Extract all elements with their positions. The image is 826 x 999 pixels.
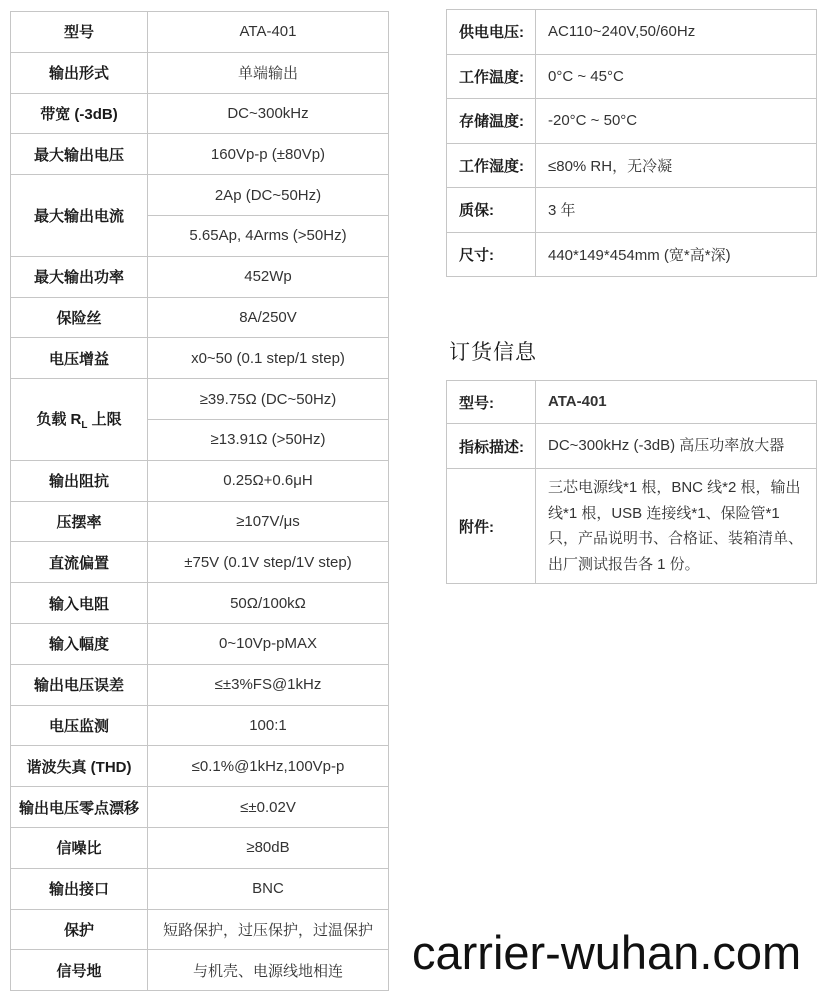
env-label-storage-temp: 存储温度:: [447, 99, 536, 144]
table-row: 最大输出电流 2Ap (DC~50Hz): [11, 175, 389, 216]
watermark: carrier-wuhan.com: [412, 925, 801, 980]
env-value-warranty: 3 年: [536, 188, 817, 233]
spec-label-voltage-gain: 电压增益: [11, 338, 148, 379]
spec-label-fuse: 保险丝: [11, 297, 148, 338]
env-label-warranty: 质保:: [447, 188, 536, 233]
order-value-description: DC~300kHz (-3dB) 高压功率放大器: [536, 424, 817, 469]
table-row: 尺寸: 440*149*454mm (宽*高*深): [447, 232, 817, 277]
table-row: 指标描述: DC~300kHz (-3dB) 高压功率放大器: [447, 424, 817, 469]
spec-label-output-impedance: 输出阻抗: [11, 460, 148, 501]
spec-label-snr: 信噪比: [11, 827, 148, 868]
spec-label-slew-rate: 压摆率: [11, 501, 148, 542]
table-row: 输出阻抗 0.25Ω+0.6μH: [11, 460, 389, 501]
table-row: 压摆率 ≥107V/μs: [11, 501, 389, 542]
order-label-model: 型号:: [447, 381, 536, 424]
spec-label-input-resistance: 输入电阻: [11, 583, 148, 624]
spec-value-zero-drift: ≤±0.02V: [148, 787, 389, 828]
table-row: 保护 短路保护，过压保护，过温保护: [11, 909, 389, 950]
order-info-title: 订货信息: [449, 336, 537, 366]
table-row: 输出接口 BNC: [11, 868, 389, 909]
env-value-supply-voltage: AC110~240V,50/60Hz: [536, 10, 817, 55]
spec-label-max-current: 最大输出电流: [11, 175, 148, 257]
order-value-model: ATA-401: [536, 381, 817, 424]
spec-value-output-form: 单端输出: [148, 52, 389, 93]
table-row: 负载 RL 上限 ≥39.75Ω (DC~50Hz): [11, 379, 389, 420]
spec-value-output-connector: BNC: [148, 868, 389, 909]
spec-label-thd: 谐波失真 (THD): [11, 746, 148, 787]
env-label-supply-voltage: 供电电压:: [447, 10, 536, 55]
spec-label-signal-ground: 信号地: [11, 950, 148, 991]
table-row: 输出电压误差 ≤±3%FS@1kHz: [11, 664, 389, 705]
spec-value-voltage-error: ≤±3%FS@1kHz: [148, 664, 389, 705]
table-row: 型号 ATA-401: [11, 12, 389, 53]
table-row: 供电电压: AC110~240V,50/60Hz: [447, 10, 817, 55]
spec-value-max-voltage: 160Vp-p (±80Vp): [148, 134, 389, 175]
table-row: 信号地 与机壳、电源线地相连: [11, 950, 389, 991]
spec-value-voltage-monitor: 100:1: [148, 705, 389, 746]
table-row: 输入电阻 50Ω/100kΩ: [11, 583, 389, 624]
table-row: 附件: 三芯电源线*1 根，BNC 线*2 根，输出线*1 根，USB 连接线*…: [447, 469, 817, 584]
env-label-operating-temp: 工作温度:: [447, 54, 536, 99]
env-label-dimensions: 尺寸:: [447, 232, 536, 277]
spec-label-voltage-error: 输出电压误差: [11, 664, 148, 705]
spec-label-dc-offset: 直流偏置: [11, 542, 148, 583]
table-row: 最大输出电压 160Vp-p (±80Vp): [11, 134, 389, 175]
spec-label-load-limit: 负载 RL 上限: [11, 379, 148, 461]
table-row: 最大输出功率 452Wp: [11, 256, 389, 297]
table-row: 质保: 3 年: [447, 188, 817, 233]
table-row: 存储温度: -20°C ~ 50°C: [447, 99, 817, 144]
table-row: 直流偏置 ±75V (0.1V step/1V step): [11, 542, 389, 583]
spec-label-bandwidth: 带宽 (-3dB): [11, 93, 148, 134]
spec-table: 型号 ATA-401 输出形式 单端输出 带宽 (-3dB) DC~300kHz…: [10, 11, 389, 991]
table-row: 工作温度: 0°C ~ 45°C: [447, 54, 817, 99]
spec-label-max-voltage: 最大输出电压: [11, 134, 148, 175]
order-label-accessories: 附件:: [447, 469, 536, 584]
table-row: 输入幅度 0~10Vp-pMAX: [11, 623, 389, 664]
table-row: 电压监测 100:1: [11, 705, 389, 746]
spec-value-load-limit-1: ≥39.75Ω (DC~50Hz): [148, 379, 389, 420]
spec-label-model: 型号: [11, 12, 148, 53]
spec-value-dc-offset: ±75V (0.1V step/1V step): [148, 542, 389, 583]
spec-value-model: ATA-401: [148, 12, 389, 53]
spec-value-slew-rate: ≥107V/μs: [148, 501, 389, 542]
spec-value-thd: ≤0.1%@1kHz,100Vp-p: [148, 746, 389, 787]
spec-value-load-limit-2: ≥13.91Ω (>50Hz): [148, 419, 389, 460]
spec-value-voltage-gain: x0~50 (0.1 step/1 step): [148, 338, 389, 379]
env-label-humidity: 工作湿度:: [447, 143, 536, 188]
env-value-dimensions: 440*149*454mm (宽*高*深): [536, 232, 817, 277]
spec-value-input-resistance: 50Ω/100kΩ: [148, 583, 389, 624]
spec-value-fuse: 8A/250V: [148, 297, 389, 338]
spec-value-signal-ground: 与机壳、电源线地相连: [148, 950, 389, 991]
spec-value-max-current-2: 5.65Ap, 4Arms (>50Hz): [148, 215, 389, 256]
order-value-accessories: 三芯电源线*1 根，BNC 线*2 根，输出线*1 根，USB 连接线*1、保险…: [536, 469, 817, 584]
env-value-storage-temp: -20°C ~ 50°C: [536, 99, 817, 144]
order-table: 型号: ATA-401 指标描述: DC~300kHz (-3dB) 高压功率放…: [446, 380, 817, 584]
table-row: 电压增益 x0~50 (0.1 step/1 step): [11, 338, 389, 379]
spec-value-input-amplitude: 0~10Vp-pMAX: [148, 623, 389, 664]
table-row: 信噪比 ≥80dB: [11, 827, 389, 868]
spec-label-voltage-monitor: 电压监测: [11, 705, 148, 746]
spec-value-bandwidth: DC~300kHz: [148, 93, 389, 134]
spec-label-max-power: 最大输出功率: [11, 256, 148, 297]
page: { "colors": { "border": "#c6c6c6", "labe…: [0, 0, 826, 999]
spec-label-input-amplitude: 输入幅度: [11, 623, 148, 664]
spec-value-max-power: 452Wp: [148, 256, 389, 297]
order-label-description: 指标描述:: [447, 424, 536, 469]
table-row: 保险丝 8A/250V: [11, 297, 389, 338]
spec-value-output-impedance: 0.25Ω+0.6μH: [148, 460, 389, 501]
env-table: 供电电压: AC110~240V,50/60Hz 工作温度: 0°C ~ 45°…: [446, 9, 817, 277]
table-row: 工作湿度: ≤80% RH，无冷凝: [447, 143, 817, 188]
env-value-humidity: ≤80% RH，无冷凝: [536, 143, 817, 188]
spec-label-output-connector: 输出接口: [11, 868, 148, 909]
env-value-operating-temp: 0°C ~ 45°C: [536, 54, 817, 99]
spec-label-output-form: 输出形式: [11, 52, 148, 93]
spec-label-protection: 保护: [11, 909, 148, 950]
table-row: 带宽 (-3dB) DC~300kHz: [11, 93, 389, 134]
spec-value-snr: ≥80dB: [148, 827, 389, 868]
table-row: 输出电压零点漂移 ≤±0.02V: [11, 787, 389, 828]
spec-value-max-current-1: 2Ap (DC~50Hz): [148, 175, 389, 216]
table-row: 谐波失真 (THD) ≤0.1%@1kHz,100Vp-p: [11, 746, 389, 787]
table-row: 型号: ATA-401: [447, 381, 817, 424]
spec-value-protection: 短路保护，过压保护，过温保护: [148, 909, 389, 950]
spec-label-zero-drift: 输出电压零点漂移: [11, 787, 148, 828]
table-row: 输出形式 单端输出: [11, 52, 389, 93]
